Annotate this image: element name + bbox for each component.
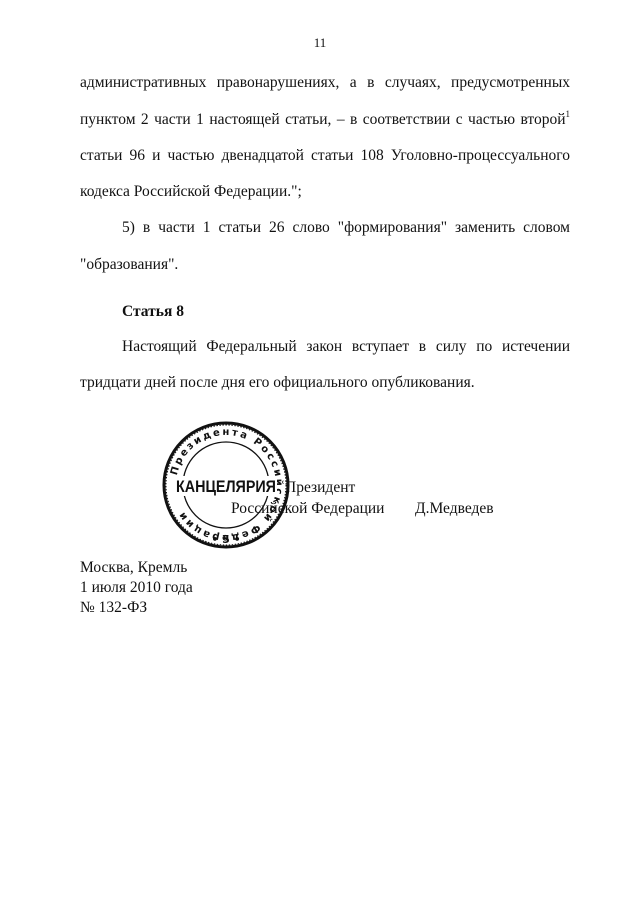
body-line-4: кодекса Российской Федерации."; — [80, 183, 302, 201]
svg-text:• 5 •: • 5 • — [211, 533, 240, 546]
signing-date: 1 июля 2010 года — [80, 578, 193, 598]
article-8-heading: Статья 8 — [122, 303, 184, 321]
signatory-name: Д.Медведев — [415, 500, 494, 518]
body-line-2: пунктом 2 части 1 настоящей статьи, – в … — [80, 111, 570, 129]
article-8-line-1: Настоящий Федеральный закон вступает в с… — [122, 338, 570, 356]
signing-place: Москва, Кремль — [80, 558, 187, 578]
page-number: 11 — [0, 35, 640, 51]
article-8-line-2: тридцати дней после дня его официального… — [80, 374, 475, 392]
body-line-3: статьи 96 и частью двенадцатой статьи 10… — [80, 147, 570, 165]
item-5-line-1: 5) в части 1 статьи 26 слово "формирован… — [122, 219, 570, 237]
superscript: 1 — [566, 109, 571, 119]
law-number: № 132-ФЗ — [80, 598, 147, 618]
body-line-2-text: пунктом 2 части 1 настоящей статьи, – в … — [80, 111, 566, 128]
body-line-1: административных правонарушениях, а в сл… — [80, 74, 570, 92]
official-stamp: Президента Российской Федерации • 5 • КА… — [161, 420, 291, 550]
stamp-seal-icon: Президента Российской Федерации • 5 • КА… — [161, 420, 291, 550]
signature-title-line-1: Президент — [285, 479, 355, 497]
svg-text:КАНЦЕЛЯРИЯ: КАНЦЕЛЯРИЯ — [176, 477, 276, 496]
item-5-line-2: "образования". — [80, 256, 178, 274]
